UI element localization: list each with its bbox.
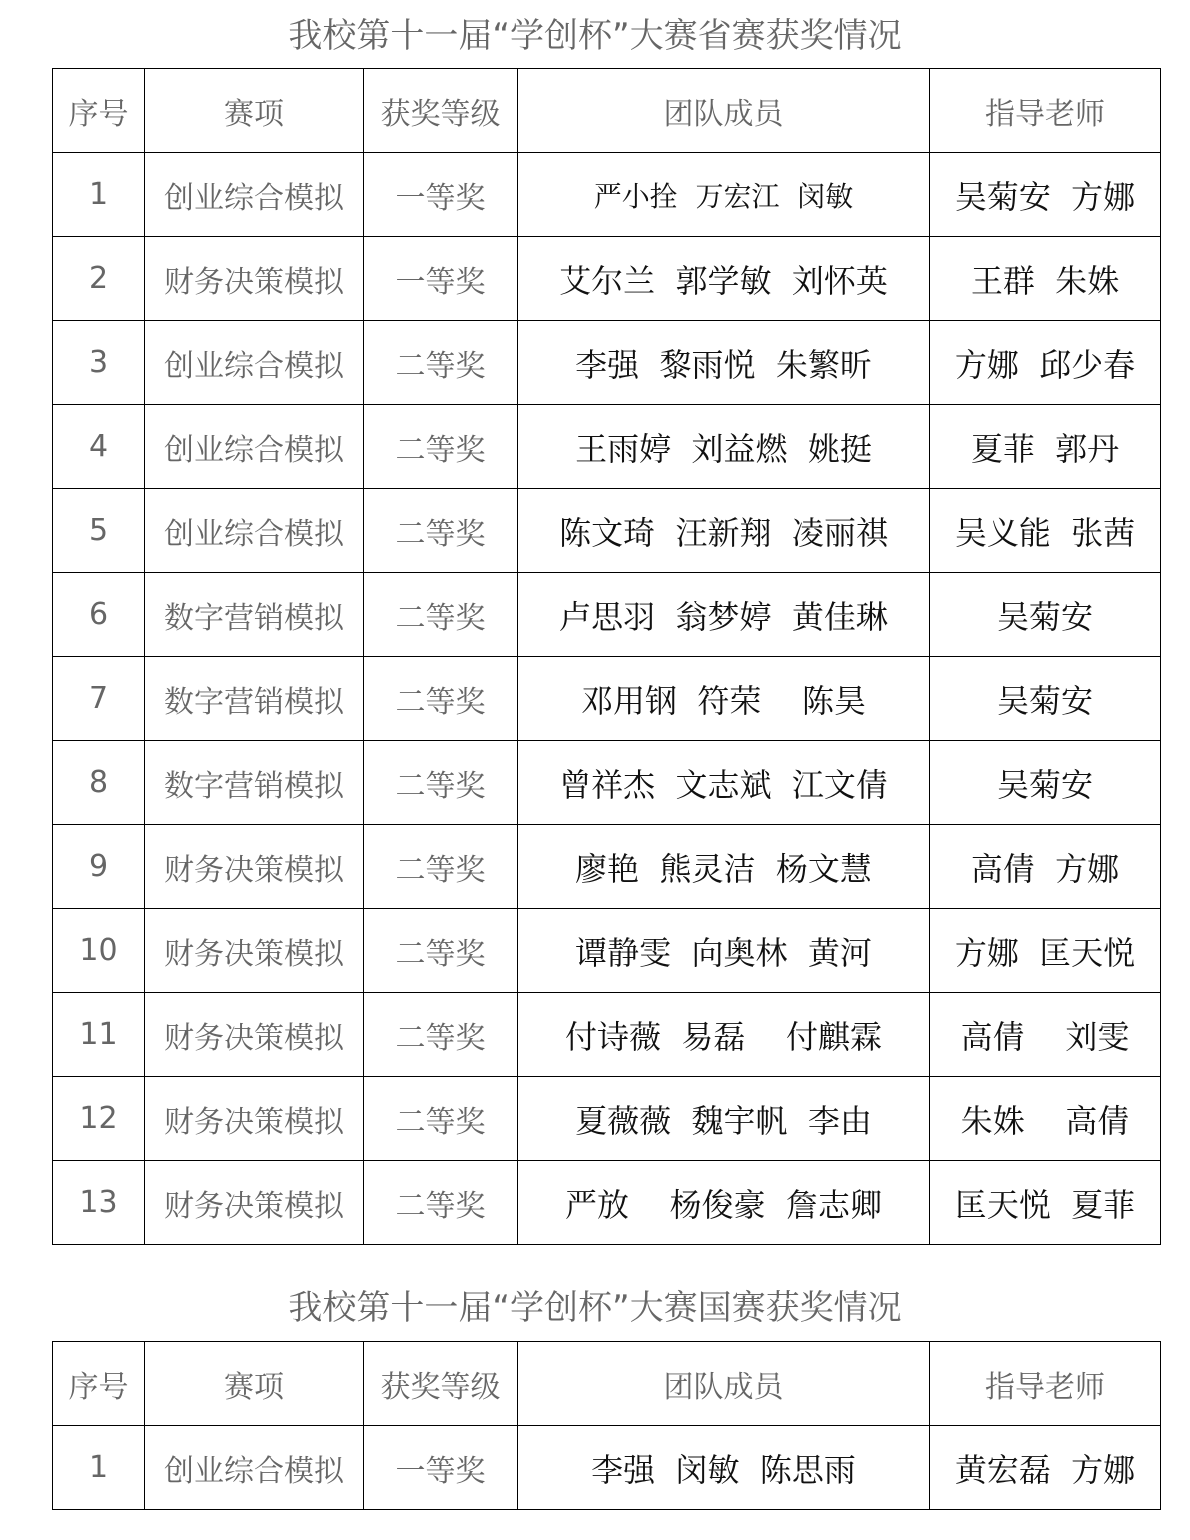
cell-award-level: 一等奖 <box>364 153 518 237</box>
cell-award-level: 二等奖 <box>364 573 518 657</box>
cell-number: 13 <box>53 1161 145 1245</box>
cell-number: 3 <box>53 321 145 405</box>
table-row: 3 创业综合模拟 二等奖 李强 黎雨悦 朱繁昕 方娜 邱少春 <box>53 321 1161 405</box>
cell-award-level: 二等奖 <box>364 489 518 573</box>
cell-team-members: 严小拴 万宏江 闵敏 <box>518 153 930 237</box>
table-row: 12 财务决策模拟 二等奖 夏薇薇 魏宇帆 李由 朱姝 高倩 <box>53 1077 1161 1161</box>
cell-team-members: 李强 黎雨悦 朱繁昕 <box>518 321 930 405</box>
table-row: 1 创业综合模拟 一等奖 李强 闵敏 陈思雨 黄宏磊 方娜 <box>53 1426 1161 1510</box>
cell-advisors: 高倩 方娜 <box>930 825 1161 909</box>
cell-award-level: 一等奖 <box>364 1426 518 1510</box>
cell-number: 9 <box>53 825 145 909</box>
header-team-members: 团队成员 <box>518 1342 930 1426</box>
cell-advisors: 吴义能 张茜 <box>930 489 1161 573</box>
table-row: 2 财务决策模拟 一等奖 艾尔兰 郭学敏 刘怀英 王群 朱姝 <box>53 237 1161 321</box>
table-row: 13 财务决策模拟 二等奖 严放 杨俊豪 詹志卿 匡天悦 夏菲 <box>53 1161 1161 1245</box>
header-advisors: 指导老师 <box>930 1342 1161 1426</box>
cell-number: 1 <box>53 153 145 237</box>
cell-event: 数字营销模拟 <box>145 573 364 657</box>
national-awards-title: 我校第十一届“学创杯”大赛国赛获奖情况 <box>0 1280 1190 1329</box>
cell-team-members: 陈文琦 汪新翔 凌丽祺 <box>518 489 930 573</box>
cell-advisors: 方娜 匡天悦 <box>930 909 1161 993</box>
cell-event: 创业综合模拟 <box>145 153 364 237</box>
table-header-row: 序号 赛项 获奖等级 团队成员 指导老师 <box>53 69 1161 153</box>
cell-number: 12 <box>53 1077 145 1161</box>
cell-event: 财务决策模拟 <box>145 237 364 321</box>
cell-team-members: 邓用钢 符荣 陈昊 <box>518 657 930 741</box>
cell-event: 财务决策模拟 <box>145 1077 364 1161</box>
cell-event: 创业综合模拟 <box>145 405 364 489</box>
cell-event: 财务决策模拟 <box>145 909 364 993</box>
cell-award-level: 二等奖 <box>364 825 518 909</box>
cell-advisors: 夏菲 郭丹 <box>930 405 1161 489</box>
cell-number: 6 <box>53 573 145 657</box>
cell-advisors: 方娜 邱少春 <box>930 321 1161 405</box>
header-award-level: 获奖等级 <box>364 69 518 153</box>
cell-number: 7 <box>53 657 145 741</box>
cell-award-level: 二等奖 <box>364 993 518 1077</box>
cell-advisors: 吴菊安 <box>930 741 1161 825</box>
cell-advisors: 朱姝 高倩 <box>930 1077 1161 1161</box>
cell-team-members: 王雨婷 刘益燃 姚挺 <box>518 405 930 489</box>
cell-event: 财务决策模拟 <box>145 825 364 909</box>
cell-team-members: 廖艳 熊灵洁 杨文慧 <box>518 825 930 909</box>
header-number: 序号 <box>53 1342 145 1426</box>
table-row: 4 创业综合模拟 二等奖 王雨婷 刘益燃 姚挺 夏菲 郭丹 <box>53 405 1161 489</box>
header-team-members: 团队成员 <box>518 69 930 153</box>
provincial-awards-title: 我校第十一届“学创杯”大赛省赛获奖情况 <box>0 8 1190 57</box>
cell-event: 财务决策模拟 <box>145 993 364 1077</box>
table-row: 6 数字营销模拟 二等奖 卢思羽 翁梦婷 黄佳琳 吴菊安 <box>53 573 1161 657</box>
cell-advisors: 黄宏磊 方娜 <box>930 1426 1161 1510</box>
cell-number: 2 <box>53 237 145 321</box>
cell-event: 数字营销模拟 <box>145 657 364 741</box>
cell-event: 财务决策模拟 <box>145 1161 364 1245</box>
cell-number: 1 <box>53 1426 145 1510</box>
header-advisors: 指导老师 <box>930 69 1161 153</box>
cell-team-members: 李强 闵敏 陈思雨 <box>518 1426 930 1510</box>
table-header-row: 序号 赛项 获奖等级 团队成员 指导老师 <box>53 1342 1161 1426</box>
cell-advisors: 吴菊安 <box>930 657 1161 741</box>
cell-award-level: 二等奖 <box>364 909 518 993</box>
cell-team-members: 严放 杨俊豪 詹志卿 <box>518 1161 930 1245</box>
cell-event: 数字营销模拟 <box>145 741 364 825</box>
cell-award-level: 二等奖 <box>364 1161 518 1245</box>
cell-event: 创业综合模拟 <box>145 321 364 405</box>
cell-award-level: 一等奖 <box>364 237 518 321</box>
cell-number: 11 <box>53 993 145 1077</box>
table-row: 5 创业综合模拟 二等奖 陈文琦 汪新翔 凌丽祺 吴义能 张茜 <box>53 489 1161 573</box>
cell-team-members: 谭静雯 向奥林 黄河 <box>518 909 930 993</box>
cell-team-members: 艾尔兰 郭学敏 刘怀英 <box>518 237 930 321</box>
cell-award-level: 二等奖 <box>364 741 518 825</box>
cell-advisors: 匡天悦 夏菲 <box>930 1161 1161 1245</box>
header-event: 赛项 <box>145 69 364 153</box>
cell-event: 创业综合模拟 <box>145 1426 364 1510</box>
national-awards-table: 序号 赛项 获奖等级 团队成员 指导老师 1 创业综合模拟 一等奖 李强 闵敏 … <box>52 1341 1161 1510</box>
cell-team-members: 付诗薇 易磊 付麒霖 <box>518 993 930 1077</box>
cell-advisors: 王群 朱姝 <box>930 237 1161 321</box>
cell-award-level: 二等奖 <box>364 321 518 405</box>
cell-team-members: 夏薇薇 魏宇帆 李由 <box>518 1077 930 1161</box>
cell-advisors: 高倩 刘雯 <box>930 993 1161 1077</box>
cell-award-level: 二等奖 <box>364 1077 518 1161</box>
cell-award-level: 二等奖 <box>364 405 518 489</box>
cell-team-members: 曾祥杰 文志斌 江文倩 <box>518 741 930 825</box>
cell-advisors: 吴菊安 方娜 <box>930 153 1161 237</box>
table-row: 10 财务决策模拟 二等奖 谭静雯 向奥林 黄河 方娜 匡天悦 <box>53 909 1161 993</box>
table-row: 7 数字营销模拟 二等奖 邓用钢 符荣 陈昊 吴菊安 <box>53 657 1161 741</box>
cell-team-members: 卢思羽 翁梦婷 黄佳琳 <box>518 573 930 657</box>
header-event: 赛项 <box>145 1342 364 1426</box>
cell-number: 8 <box>53 741 145 825</box>
cell-number: 5 <box>53 489 145 573</box>
cell-event: 创业综合模拟 <box>145 489 364 573</box>
table-row: 8 数字营销模拟 二等奖 曾祥杰 文志斌 江文倩 吴菊安 <box>53 741 1161 825</box>
table-row: 9 财务决策模拟 二等奖 廖艳 熊灵洁 杨文慧 高倩 方娜 <box>53 825 1161 909</box>
provincial-awards-table: 序号 赛项 获奖等级 团队成员 指导老师 1 创业综合模拟 一等奖 严小拴 万宏… <box>52 68 1161 1245</box>
cell-advisors: 吴菊安 <box>930 573 1161 657</box>
cell-award-level: 二等奖 <box>364 657 518 741</box>
table-row: 11 财务决策模拟 二等奖 付诗薇 易磊 付麒霖 高倩 刘雯 <box>53 993 1161 1077</box>
cell-number: 4 <box>53 405 145 489</box>
cell-number: 10 <box>53 909 145 993</box>
header-number: 序号 <box>53 69 145 153</box>
table-row: 1 创业综合模拟 一等奖 严小拴 万宏江 闵敏 吴菊安 方娜 <box>53 153 1161 237</box>
header-award-level: 获奖等级 <box>364 1342 518 1426</box>
